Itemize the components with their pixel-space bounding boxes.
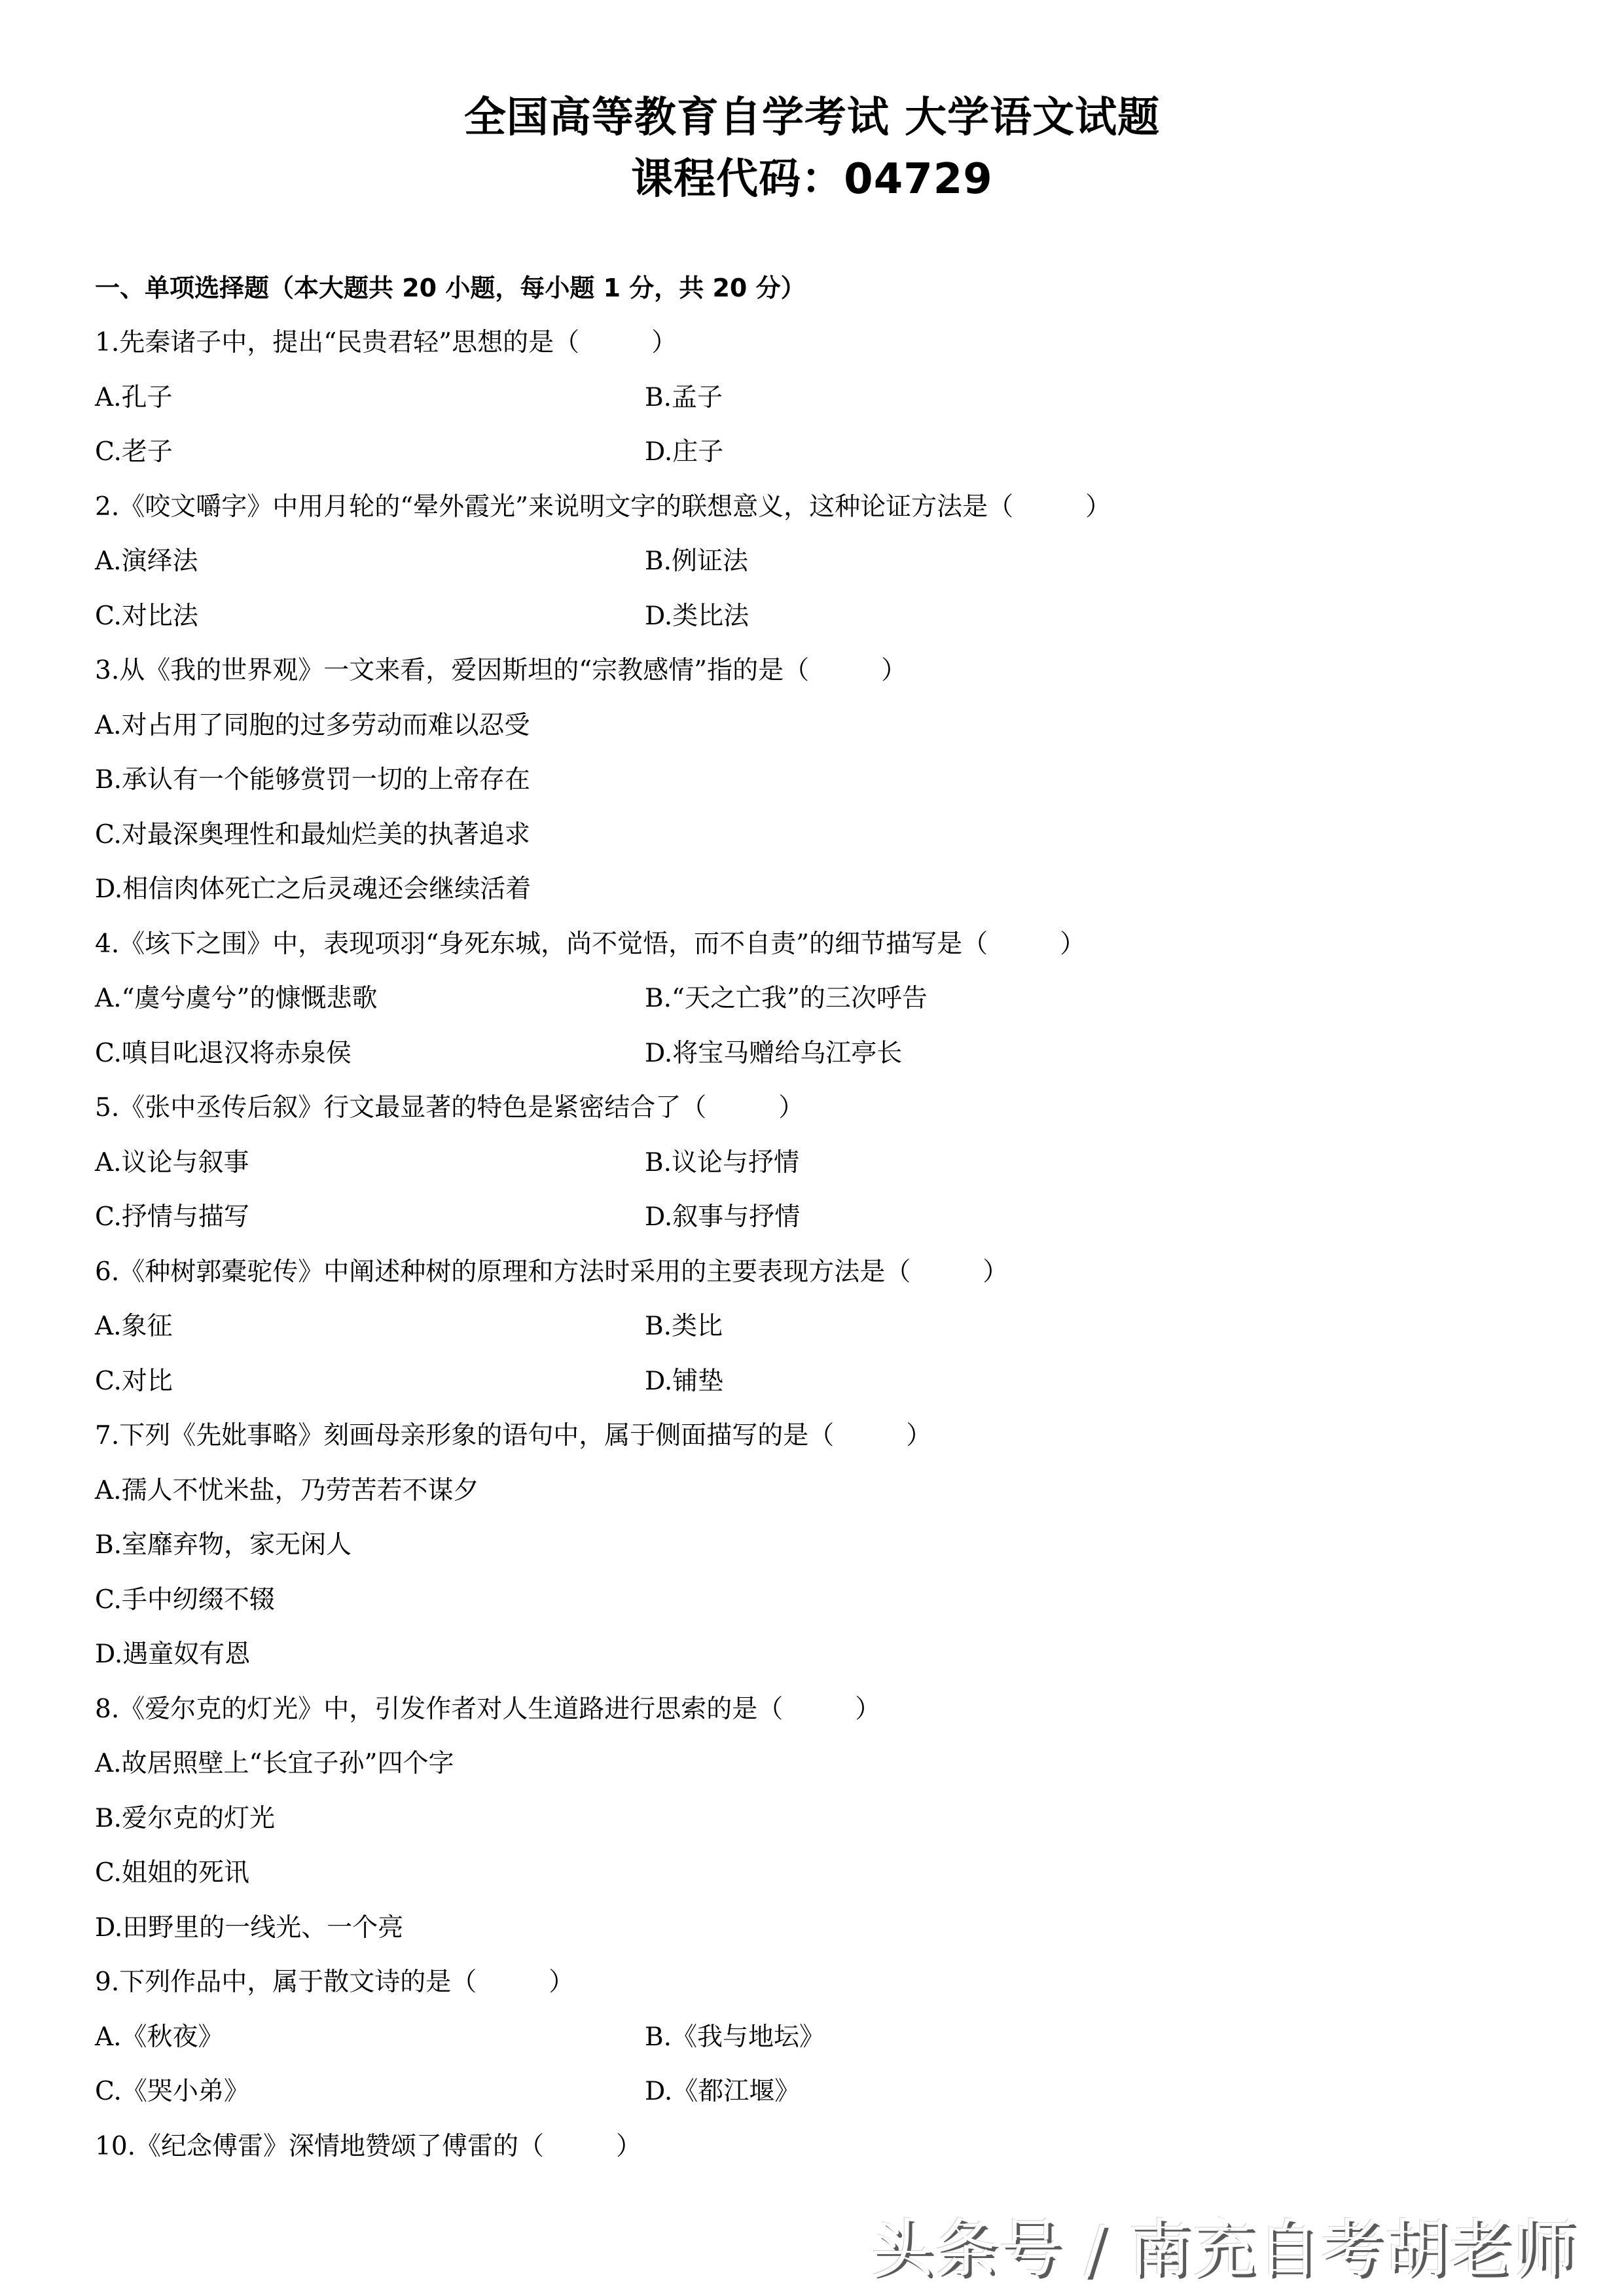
option-b[interactable]: B.承认有一个能够赏罚一切的上帝存在 (95, 757, 1535, 812)
option-d[interactable]: D.《都江堰》 (645, 2069, 1195, 2124)
question-2: 2.《咬文嚼字》中用月轮的“晕外霞光”来说明文字的联想意义，这种论证方法是（） … (95, 484, 1535, 649)
question-5: 5.《张中丞传后叙》行文最显著的特色是紧密结合了（） A.议论与叙事B.议论与抒… (95, 1085, 1535, 1249)
question-4: 4.《垓下之围》中，表现项羽“身死东城，尚不觉悟，而不自责”的细节描写是（） A… (95, 922, 1535, 1086)
option-a[interactable]: A.象征 (95, 1304, 645, 1359)
option-a[interactable]: A.孔子 (95, 375, 645, 430)
option-c[interactable]: C.对最深奥理性和最灿烂美的执著追求 (95, 812, 1535, 867)
option-c[interactable]: C.姐姐的死讯 (95, 1850, 1535, 1905)
option-d[interactable]: D.田野里的一线光、一个亮 (95, 1905, 1535, 1960)
option-d[interactable]: D.遇童奴有恩 (95, 1632, 1535, 1687)
option-a[interactable]: A.《秋夜》 (95, 2015, 645, 2070)
question-10: 10.《纪念傅雷》深情地赞颂了傅雷的（） (95, 2124, 1535, 2179)
option-c[interactable]: C.老子 (95, 429, 645, 484)
question-stem: 2.《咬文嚼字》中用月轮的“晕外霞光”来说明文字的联想意义，这种论证方法是（） (95, 484, 1535, 539)
option-a[interactable]: A.孺人不忧米盐，乃劳苦若不谋夕 (95, 1468, 1535, 1523)
option-a[interactable]: A.演绎法 (95, 539, 645, 594)
question-6: 6.《种树郭橐驼传》中阐述种树的原理和方法时采用的主要表现方法是（） A.象征B… (95, 1249, 1535, 1414)
option-c[interactable]: C.对比法 (95, 594, 645, 649)
question-stem: 1.先秦诸子中，提出“民贵君轻”思想的是（） (95, 320, 1535, 375)
question-stem: 5.《张中丞传后叙》行文最显著的特色是紧密结合了（） (95, 1085, 1535, 1140)
option-b[interactable]: B.议论与抒情 (645, 1140, 1195, 1195)
option-b[interactable]: B.“天之亡我”的三次呼告 (645, 976, 1195, 1031)
option-d[interactable]: D.叙事与抒情 (645, 1194, 1195, 1249)
question-stem: 7.下列《先妣事略》刻画母亲形象的语句中，属于侧面描写的是（） (95, 1413, 1535, 1468)
option-c[interactable]: C.嗔目叱退汉将赤泉侯 (95, 1031, 645, 1086)
option-a[interactable]: A.故居照壁上“长宜子孙”四个字 (95, 1741, 1535, 1796)
exam-title: 全国高等教育自学考试 大学语文试题 (0, 92, 1624, 144)
option-a[interactable]: A.“虞兮虞兮”的慷慨悲歌 (95, 976, 645, 1031)
option-c[interactable]: C.手中纫缀不辍 (95, 1577, 1535, 1632)
option-a[interactable]: A.议论与叙事 (95, 1140, 645, 1195)
option-a[interactable]: A.对占用了同胞的过多劳动而难以忍受 (95, 703, 1535, 758)
option-c[interactable]: C.对比 (95, 1359, 645, 1414)
question-stem: 4.《垓下之围》中，表现项羽“身死东城，尚不觉悟，而不自责”的细节描写是（） (95, 922, 1535, 977)
option-d[interactable]: D.铺垫 (645, 1359, 1195, 1414)
watermark: 头条号 / 南充自考胡老师 (871, 2199, 1577, 2289)
document-header: 全国高等教育自学考试 大学语文试题 课程代码：04729 (0, 92, 1624, 206)
question-stem: 8.《爱尔克的灯光》中，引发作者对人生道路进行思索的是（） (95, 1687, 1535, 1742)
option-b[interactable]: B.爱尔克的灯光 (95, 1796, 1535, 1851)
question-stem: 10.《纪念傅雷》深情地赞颂了傅雷的（） (95, 2124, 1535, 2179)
option-b[interactable]: B.例证法 (645, 539, 1195, 594)
section-heading: 一、单项选择题（本大题共 20 小题，每小题 1 分，共 20 分） (95, 265, 1535, 320)
question-9: 9.下列作品中，属于散文诗的是（） A.《秋夜》B.《我与地坛》 C.《哭小弟》… (95, 1960, 1535, 2124)
question-1: 1.先秦诸子中，提出“民贵君轻”思想的是（） A.孔子B.孟子 C.老子D.庄子 (95, 320, 1535, 484)
option-d[interactable]: D.类比法 (645, 594, 1195, 649)
option-c[interactable]: C.抒情与描写 (95, 1194, 645, 1249)
option-c[interactable]: C.《哭小弟》 (95, 2069, 645, 2124)
option-d[interactable]: D.将宝马赠给乌江亭长 (645, 1031, 1195, 1086)
option-b[interactable]: B.《我与地坛》 (645, 2015, 1195, 2070)
question-8: 8.《爱尔克的灯光》中，引发作者对人生道路进行思索的是（） A.故居照壁上“长宜… (95, 1687, 1535, 1960)
option-d[interactable]: D.庄子 (645, 429, 1195, 484)
exam-content: 一、单项选择题（本大题共 20 小题，每小题 1 分，共 20 分） 1.先秦诸… (95, 265, 1535, 2178)
question-stem: 3.从《我的世界观》一文来看，爱因斯坦的“宗教感情”指的是（） (95, 648, 1535, 703)
option-d[interactable]: D.相信肉体死亡之后灵魂还会继续活着 (95, 867, 1535, 922)
question-7: 7.下列《先妣事略》刻画母亲形象的语句中，属于侧面描写的是（） A.孺人不忧米盐… (95, 1413, 1535, 1687)
option-b[interactable]: B.类比 (645, 1304, 1195, 1359)
question-stem: 6.《种树郭橐驼传》中阐述种树的原理和方法时采用的主要表现方法是（） (95, 1249, 1535, 1304)
question-stem: 9.下列作品中，属于散文诗的是（） (95, 1960, 1535, 2015)
option-b[interactable]: B.孟子 (645, 375, 1195, 430)
option-b[interactable]: B.室靡弃物，家无闲人 (95, 1522, 1535, 1577)
question-3: 3.从《我的世界观》一文来看，爱因斯坦的“宗教感情”指的是（） A.对占用了同胞… (95, 648, 1535, 922)
course-code: 课程代码：04729 (0, 153, 1624, 206)
